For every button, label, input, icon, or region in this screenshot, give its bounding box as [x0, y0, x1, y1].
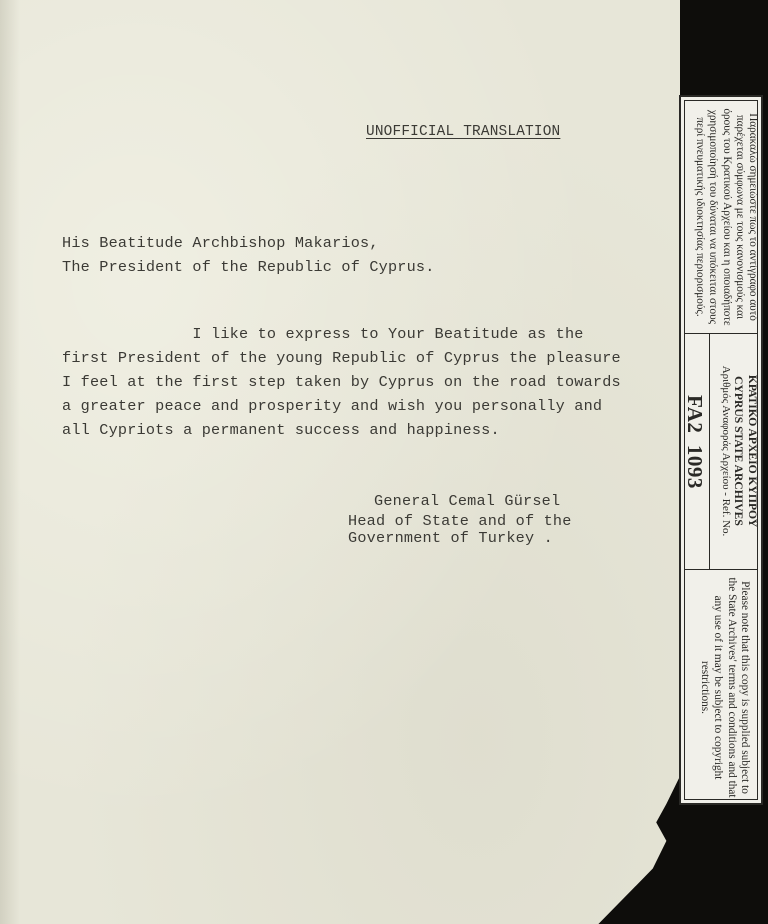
page-edge-shadow	[0, 0, 20, 924]
archive-name-block: ΚΡΑΤΙΚΟ ΑΡΧΕΙΟ ΚΥΠΡΟΥ CYPRUS STATE ARCHI…	[719, 341, 759, 561]
signatory-title-line: Head of State and of the	[348, 513, 572, 530]
letter-page: UNOFFICIAL TRANSLATION His Beatitude Arc…	[0, 0, 680, 924]
body-line: I like to express to Your Beatitude as t…	[62, 322, 621, 346]
body-line: first President of the young Republic of…	[62, 346, 621, 370]
addressee-line: The President of the Republic of Cyprus.	[62, 255, 435, 279]
signatory-title: Head of State and of theGovernment of Tu…	[348, 513, 572, 547]
greek-notice-line: περί πνευματικής ιδιοκτησίας περιορισμού…	[693, 107, 706, 327]
signatory-name: General Cemal Gürsel	[374, 489, 560, 513]
english-notice-line: restrictions.	[698, 575, 711, 800]
archive-stamp: Παρακαλώ σημειώστε πως το αντίγραφο αυτό…	[679, 95, 763, 805]
greek-notice-line: Παρακαλώ σημειώστε πως το αντίγραφο αυτό	[746, 107, 759, 327]
signatory-title-line: Government of Turkey .	[348, 530, 572, 547]
archive-name-greek: ΚΡΑΤΙΚΟ ΑΡΧΕΙΟ ΚΥΠΡΟΥ	[746, 341, 760, 561]
ref-number-divider	[709, 333, 710, 569]
english-notice: Please note that this copy is supplied s…	[698, 575, 751, 800]
ref-number-label: Αριθμός Αναφοράς Αρχείου - Ref. No.	[719, 341, 732, 561]
english-notice-line: the State Archives' terms and conditions…	[724, 575, 737, 800]
addressee-block: His Beatitude Archbishop Makarios,The Pr…	[62, 231, 435, 279]
body-line: I feel at the first step taken by Cyprus…	[62, 370, 621, 394]
greek-notice-line: χρησιμοποίησή του δύναται να υπόκειται σ…	[706, 107, 719, 327]
archive-stamp-frame: Παρακαλώ σημειώστε πως το αντίγραφο αυτό…	[684, 100, 758, 800]
body-line: a greater peace and prosperity and wish …	[62, 394, 621, 418]
greek-notice: Παρακαλώ σημειώστε πως το αντίγραφο αυτό…	[693, 107, 759, 327]
letter-body: I like to express to Your Beatitude as t…	[62, 322, 621, 442]
addressee-line: His Beatitude Archbishop Makarios,	[62, 231, 435, 255]
english-notice-line: any use of it may be subject to copyrigh…	[711, 575, 724, 800]
english-notice-section: Please note that this copy is supplied s…	[685, 569, 757, 799]
ref-number: FA2 1093	[682, 395, 707, 489]
archive-name-english: CYPRUS STATE ARCHIVES	[732, 341, 746, 561]
document-heading: UNOFFICIAL TRANSLATION	[366, 120, 560, 144]
greek-notice-line: παρέχεται σύμφωνα με τους κανονισμούς κα…	[733, 107, 746, 327]
greek-notice-section: Παρακαλώ σημειώστε πως το αντίγραφο αυτό…	[685, 101, 757, 334]
greek-notice-line: όρους του Κρατικού Αρχείου και η οποιαδή…	[719, 107, 732, 327]
body-line: all Cypriots a permanent success and hap…	[62, 418, 621, 442]
archive-reference-section: ΚΡΑΤΙΚΟ ΑΡΧΕΙΟ ΚΥΠΡΟΥ CYPRUS STATE ARCHI…	[685, 333, 757, 570]
english-notice-line: Please note that this copy is supplied s…	[738, 575, 751, 800]
